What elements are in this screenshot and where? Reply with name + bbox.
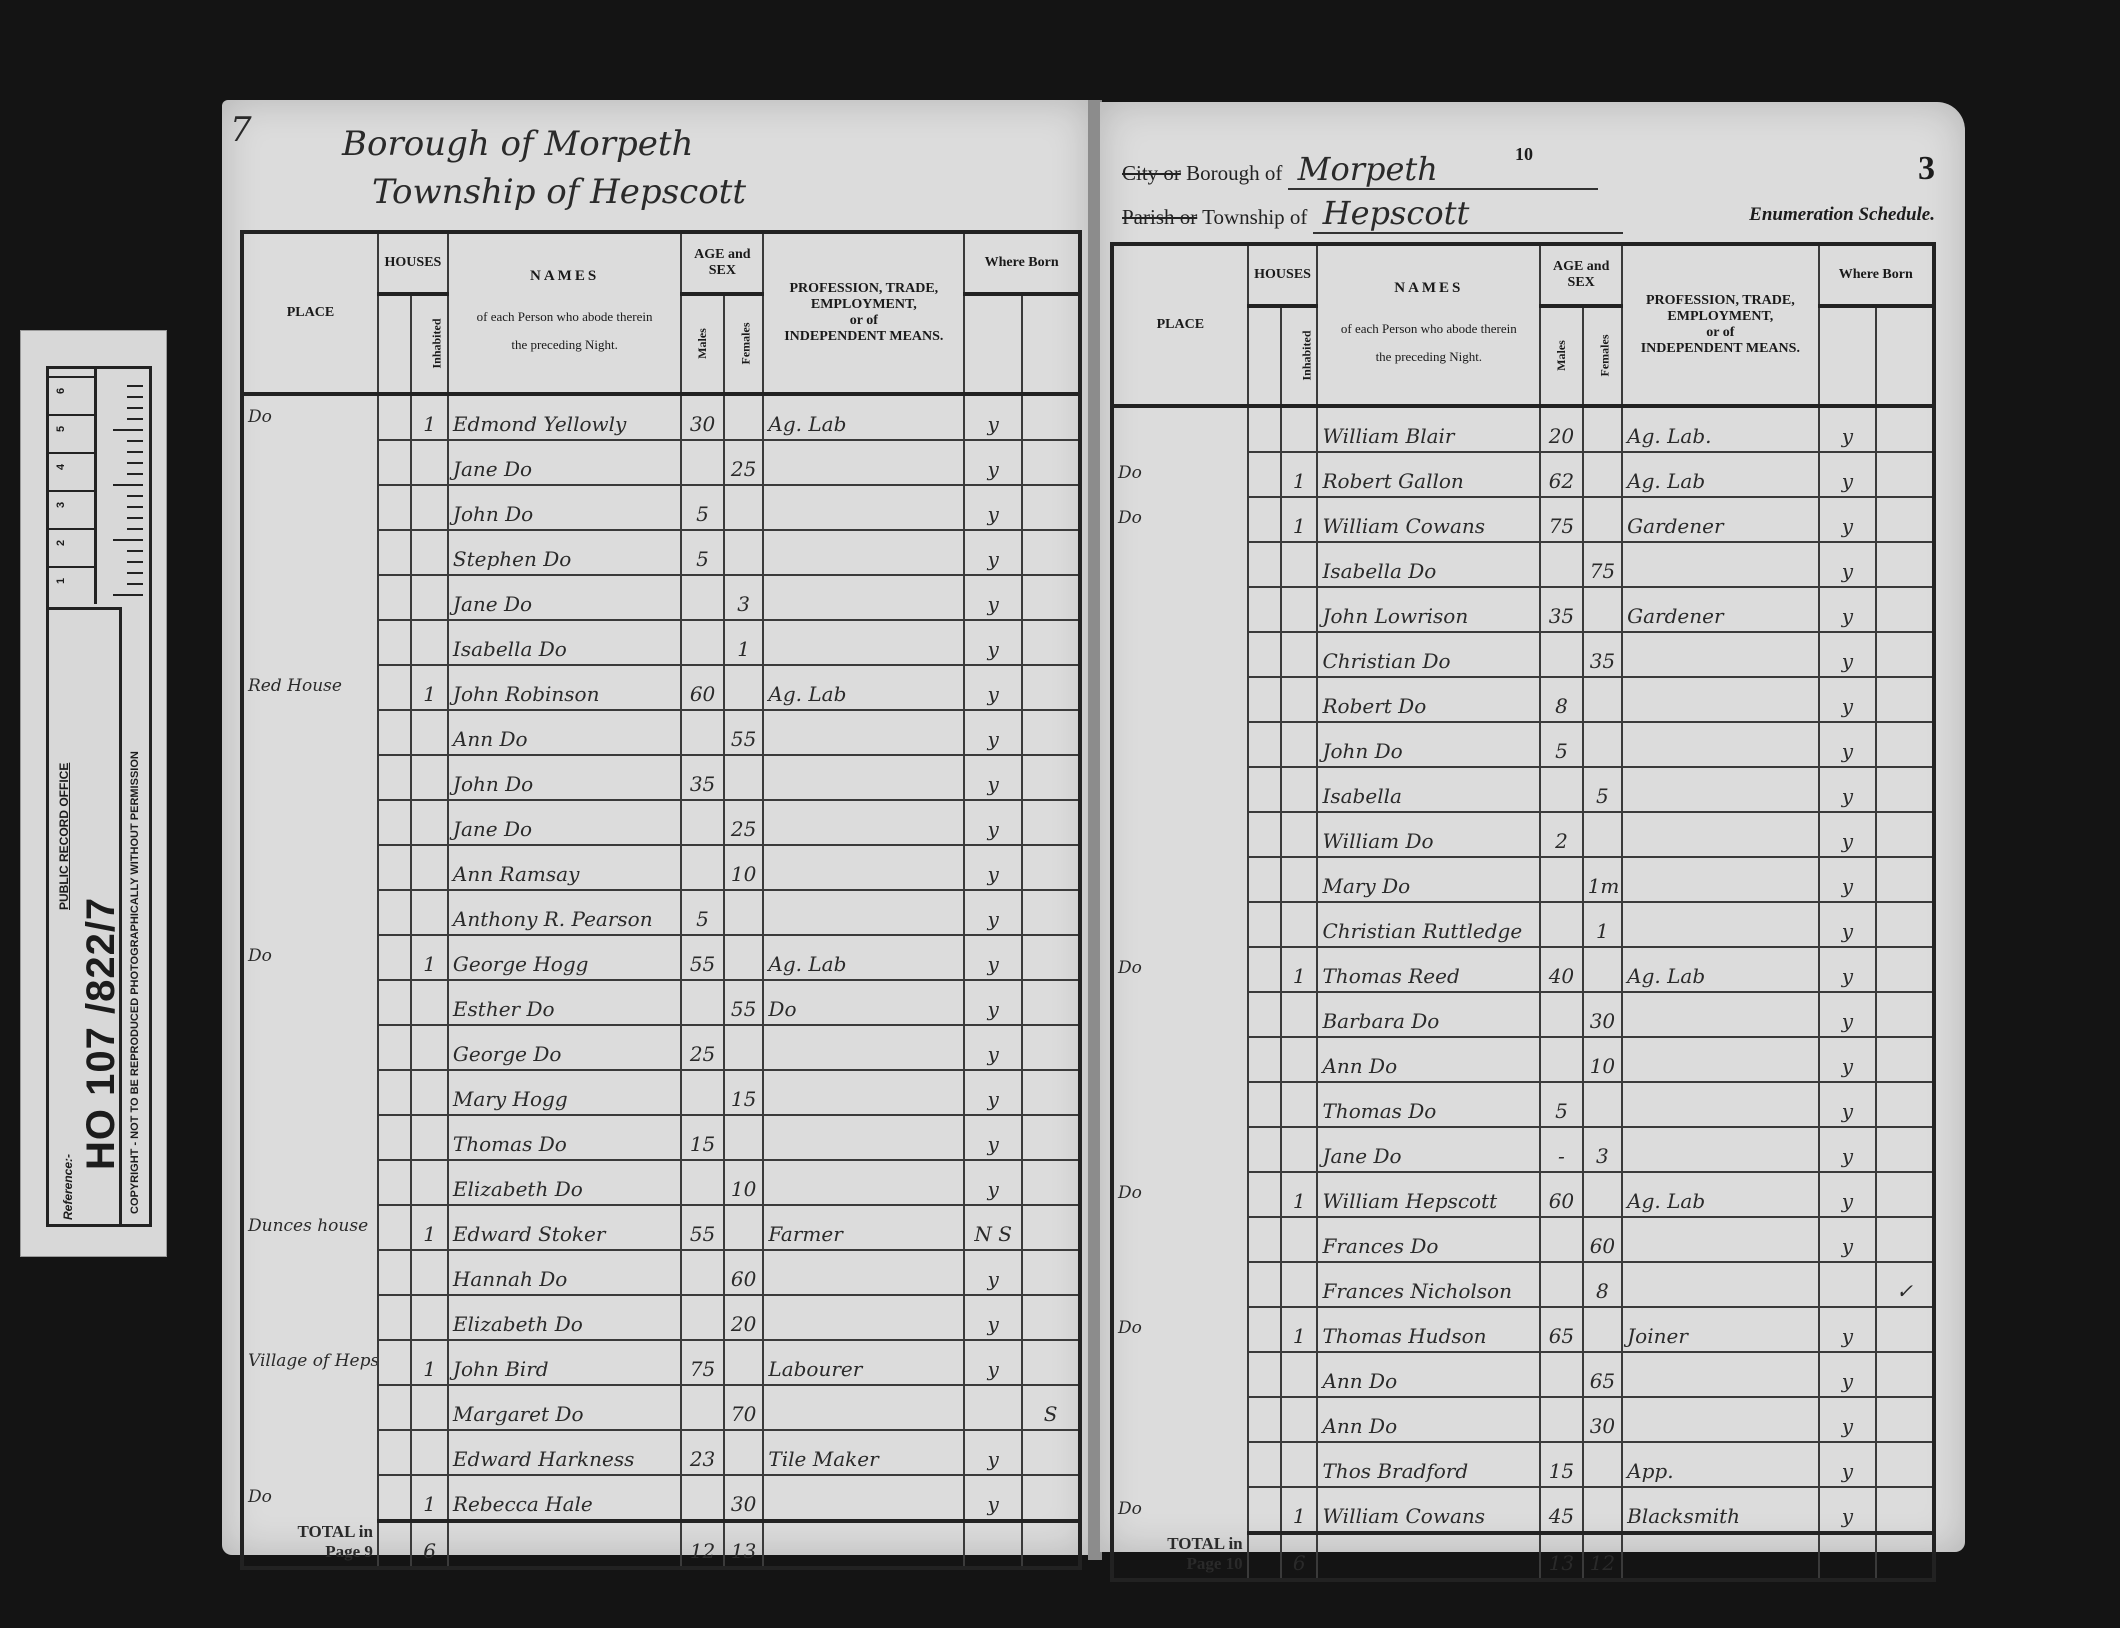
cell-name: Thomas Hudson bbox=[1317, 1307, 1540, 1352]
cell-place: Do bbox=[1112, 947, 1248, 992]
table-row: Do1Thomas Hudson65Joinery bbox=[1112, 1307, 1934, 1352]
cell-inhabited bbox=[411, 620, 448, 665]
cell-inhabited: 1 bbox=[1281, 452, 1317, 497]
cell-inhabited bbox=[411, 710, 448, 755]
cell-elsewhere bbox=[1876, 1172, 1934, 1217]
table-row: Thos Bradford15App.y bbox=[1112, 1442, 1934, 1487]
cell-female: 1 bbox=[724, 620, 764, 665]
col-profession: PROFESSION, TRADE, EMPLOYMENT, or of IND… bbox=[763, 232, 964, 394]
table-row: Do1William Cowans75Gardenery bbox=[1112, 497, 1934, 542]
cell-elsewhere bbox=[1876, 1217, 1934, 1262]
cell-profession bbox=[763, 440, 964, 485]
cell-uninhabited bbox=[1248, 632, 1281, 677]
ruler-inch-tick bbox=[127, 396, 143, 398]
left-page-heading: Borough of Morpeth Township of Hepscott bbox=[342, 120, 746, 216]
cell-inhabited bbox=[411, 1115, 448, 1160]
cell-inhabited bbox=[411, 845, 448, 890]
cell-uninhabited bbox=[1248, 1172, 1281, 1217]
cell-profession bbox=[763, 1025, 964, 1070]
table-row: Village of Hepscott1John Bird75Labourery bbox=[242, 1340, 1080, 1385]
total-label: TOTAL inPage 9 bbox=[242, 1521, 378, 1568]
col-uninhabited: Uninhabited or Building bbox=[1248, 306, 1281, 406]
cell-place bbox=[242, 1295, 378, 1340]
table-row: John Do35y bbox=[242, 755, 1080, 800]
cell-elsewhere bbox=[1876, 1352, 1934, 1397]
cell-female bbox=[724, 665, 764, 710]
cell-elsewhere bbox=[1876, 812, 1934, 857]
cell-profession bbox=[1622, 1127, 1818, 1172]
cell-name: Christian Ruttledge bbox=[1317, 902, 1540, 947]
cell-female bbox=[1583, 1442, 1622, 1487]
ruler-inch-tick bbox=[127, 517, 143, 519]
col-profession: PROFESSION, TRADE, EMPLOYMENT, or of IND… bbox=[1622, 244, 1818, 406]
cell-profession bbox=[1622, 1037, 1818, 1082]
reference-frame: 123456 PUBLIC RECORD OFFICE Reference:- … bbox=[46, 366, 152, 1227]
cell-female: 10 bbox=[1583, 1037, 1622, 1082]
cell-same-county: y bbox=[964, 710, 1022, 755]
cell-male bbox=[1540, 1037, 1583, 1082]
cell-same-county: y bbox=[964, 935, 1022, 980]
cell-uninhabited bbox=[1248, 542, 1281, 587]
cell-inhabited: 1 bbox=[1281, 497, 1317, 542]
cell-name: George Do bbox=[448, 1025, 681, 1070]
cell-female: 8 bbox=[1583, 1262, 1622, 1307]
cell-place bbox=[242, 1115, 378, 1160]
cell-elsewhere bbox=[1022, 800, 1080, 845]
cell-elsewhere bbox=[1022, 1340, 1080, 1385]
cell-name: Margaret Do bbox=[448, 1385, 681, 1430]
cell-place bbox=[242, 1160, 378, 1205]
reference-strip: 123456 PUBLIC RECORD OFFICE Reference:- … bbox=[20, 330, 167, 1257]
cell-female bbox=[1583, 812, 1622, 857]
cell-profession bbox=[763, 575, 964, 620]
col-age-sex: AGE and SEX bbox=[1540, 244, 1622, 306]
cell-male: 20 bbox=[1540, 406, 1583, 452]
cell-elsewhere bbox=[1876, 587, 1934, 632]
ruler-cm-tick: 1 bbox=[49, 566, 94, 584]
cell-profession bbox=[763, 485, 964, 530]
cell-male bbox=[681, 800, 724, 845]
cell-place: Do bbox=[242, 935, 378, 980]
ruler-inch-tick bbox=[113, 484, 143, 486]
cell-male: 55 bbox=[681, 1205, 724, 1250]
cell-profession bbox=[763, 1295, 964, 1340]
cell-inhabited: 1 bbox=[411, 935, 448, 980]
cell-same-county: y bbox=[964, 1070, 1022, 1115]
cell-name: William Blair bbox=[1317, 406, 1540, 452]
cell-place bbox=[242, 755, 378, 800]
ruler-cm-tick: 2 bbox=[49, 528, 94, 546]
total-females: 13 bbox=[724, 1521, 764, 1568]
table-row: John Lowrison35Gardenery bbox=[1112, 587, 1934, 632]
cell-male bbox=[681, 1160, 724, 1205]
col-scotland-ireland: Whether Born in Scotland, Ireland, or Fo… bbox=[1876, 306, 1934, 406]
cell-female bbox=[1583, 1172, 1622, 1217]
cell-female bbox=[1583, 497, 1622, 542]
table-row: Frances Nicholson8✓ bbox=[1112, 1262, 1934, 1307]
cell-profession bbox=[763, 1160, 964, 1205]
cell-male bbox=[1540, 632, 1583, 677]
cell-place bbox=[1112, 722, 1248, 767]
cell-elsewhere bbox=[1022, 890, 1080, 935]
cell-female bbox=[1583, 677, 1622, 722]
cell-same-county: y bbox=[1819, 1442, 1877, 1487]
col-males: Males bbox=[1540, 306, 1583, 406]
table-row: John Do5y bbox=[242, 485, 1080, 530]
cell-inhabited bbox=[1281, 406, 1317, 452]
col-age-sex: AGE and SEX bbox=[681, 232, 763, 294]
cell-elsewhere bbox=[1876, 497, 1934, 542]
col-names: NAMES of each Person who abode therein t… bbox=[448, 232, 681, 394]
col-males: Males bbox=[681, 294, 724, 394]
table-row: Robert Do8y bbox=[1112, 677, 1934, 722]
cell-male: 40 bbox=[1540, 947, 1583, 992]
total-profession bbox=[763, 1521, 964, 1568]
cell-name: Ann Do bbox=[1317, 1397, 1540, 1442]
cell-male: 15 bbox=[1540, 1442, 1583, 1487]
cell-uninhabited bbox=[1248, 452, 1281, 497]
ruler-inch-tick bbox=[127, 407, 143, 409]
cell-same-county: y bbox=[1819, 452, 1877, 497]
cell-elsewhere bbox=[1876, 677, 1934, 722]
cell-inhabited bbox=[411, 485, 448, 530]
cell-place bbox=[1112, 857, 1248, 902]
cell-name: Hannah Do bbox=[448, 1250, 681, 1295]
cell-uninhabited bbox=[378, 1385, 411, 1430]
table-row: Mary Do1my bbox=[1112, 857, 1934, 902]
ruler-inch-tick bbox=[127, 451, 143, 453]
cell-same-county: y bbox=[1819, 1217, 1877, 1262]
cell-place bbox=[242, 1385, 378, 1430]
table-row: Frances Do60y bbox=[1112, 1217, 1934, 1262]
cell-uninhabited bbox=[378, 800, 411, 845]
total-inhabited: 6 bbox=[411, 1521, 448, 1568]
cell-same-county: y bbox=[1819, 1037, 1877, 1082]
cell-place bbox=[1112, 677, 1248, 722]
cell-inhabited bbox=[411, 1295, 448, 1340]
cell-place bbox=[1112, 1352, 1248, 1397]
cell-inhabited: 1 bbox=[1281, 947, 1317, 992]
table-row: Do1Edmond Yellowly30Ag. Laby bbox=[242, 394, 1080, 440]
cell-name: Isabella Do bbox=[448, 620, 681, 665]
cell-male bbox=[681, 980, 724, 1025]
heading-borough: Borough of Morpeth bbox=[342, 120, 746, 168]
cell-profession bbox=[1622, 1217, 1818, 1262]
borough-line: City or Borough of Morpeth bbox=[1122, 150, 1598, 190]
cell-elsewhere bbox=[1876, 1082, 1934, 1127]
ruler-inch-tick bbox=[127, 495, 143, 497]
cell-uninhabited bbox=[1248, 722, 1281, 767]
cell-same-county: y bbox=[964, 890, 1022, 935]
cell-same-county: y bbox=[1819, 767, 1877, 812]
cell-name: Ann Do bbox=[1317, 1352, 1540, 1397]
cell-elsewhere bbox=[1022, 755, 1080, 800]
cell-male: 65 bbox=[1540, 1307, 1583, 1352]
cell-uninhabited bbox=[378, 620, 411, 665]
cell-profession bbox=[763, 1385, 964, 1430]
cell-place bbox=[242, 845, 378, 890]
total-uninhabited bbox=[378, 1521, 411, 1568]
table-row: Mary Hogg15y bbox=[242, 1070, 1080, 1115]
table-row: Esther Do55Doy bbox=[242, 980, 1080, 1025]
cell-name: Ann Do bbox=[1317, 1037, 1540, 1082]
cell-same-county: y bbox=[1819, 677, 1877, 722]
cell-place: Red House bbox=[242, 665, 378, 710]
cell-elsewhere bbox=[1876, 722, 1934, 767]
cell-same-county: y bbox=[1819, 857, 1877, 902]
cell-profession: Gardener bbox=[1622, 587, 1818, 632]
cell-inhabited bbox=[411, 1025, 448, 1070]
cell-profession bbox=[763, 1070, 964, 1115]
cell-same-county: y bbox=[964, 665, 1022, 710]
cell-inhabited bbox=[1281, 1397, 1317, 1442]
cell-elsewhere bbox=[1022, 935, 1080, 980]
cell-elsewhere bbox=[1022, 1070, 1080, 1115]
cell-name: John Do bbox=[448, 485, 681, 530]
cell-place bbox=[1112, 1397, 1248, 1442]
cell-inhabited bbox=[411, 890, 448, 935]
cell-elsewhere bbox=[1022, 1295, 1080, 1340]
table-row: Ann Do10y bbox=[1112, 1037, 1934, 1082]
cell-uninhabited bbox=[1248, 857, 1281, 902]
total-females: 12 bbox=[1583, 1533, 1622, 1580]
cell-same-county: y bbox=[1819, 1172, 1877, 1217]
cell-place: Dunces house bbox=[242, 1205, 378, 1250]
cell-name: Elizabeth Do bbox=[448, 1295, 681, 1340]
cell-elsewhere bbox=[1876, 992, 1934, 1037]
cell-uninhabited bbox=[378, 485, 411, 530]
cell-profession: Labourer bbox=[763, 1340, 964, 1385]
ruler-inch-tick bbox=[127, 506, 143, 508]
table-row: Elizabeth Do20y bbox=[242, 1295, 1080, 1340]
cell-elsewhere bbox=[1022, 1430, 1080, 1475]
cell-uninhabited bbox=[1248, 1352, 1281, 1397]
table-row: Christian Ruttledge1y bbox=[1112, 902, 1934, 947]
cell-female bbox=[1583, 587, 1622, 632]
cell-same-county: N S bbox=[964, 1205, 1022, 1250]
ruler-inch-tick bbox=[113, 429, 143, 431]
cell-profession: App. bbox=[1622, 1442, 1818, 1487]
cell-elsewhere bbox=[1876, 1307, 1934, 1352]
cell-name: Mary Do bbox=[1317, 857, 1540, 902]
cell-place bbox=[1112, 1127, 1248, 1172]
cell-male bbox=[1540, 1217, 1583, 1262]
table-row: Christian Do35y bbox=[1112, 632, 1934, 677]
cell-uninhabited bbox=[378, 1250, 411, 1295]
cell-place bbox=[242, 1025, 378, 1070]
cell-place: Do bbox=[242, 394, 378, 440]
cell-male: 5 bbox=[681, 530, 724, 575]
cell-inhabited bbox=[1281, 1127, 1317, 1172]
cell-place: Do bbox=[1112, 452, 1248, 497]
cell-inhabited bbox=[1281, 857, 1317, 902]
table-row: Do1Thomas Reed40Ag. Laby bbox=[1112, 947, 1934, 992]
table-row: Do1William Cowans45Blacksmithy bbox=[1112, 1487, 1934, 1533]
cell-elsewhere bbox=[1876, 542, 1934, 587]
cell-profession: Do bbox=[763, 980, 964, 1025]
cell-inhabited: 1 bbox=[411, 1475, 448, 1521]
col-females: Females bbox=[724, 294, 764, 394]
cell-male bbox=[1540, 542, 1583, 587]
cell-inhabited bbox=[411, 1070, 448, 1115]
cell-same-county: y bbox=[1819, 1307, 1877, 1352]
cell-uninhabited bbox=[378, 1475, 411, 1521]
table-row: Thomas Do5y bbox=[1112, 1082, 1934, 1127]
cell-uninhabited bbox=[378, 1070, 411, 1115]
cell-place bbox=[242, 980, 378, 1025]
cell-female: 25 bbox=[724, 800, 764, 845]
cell-same-county bbox=[1819, 1262, 1877, 1307]
cell-same-county: y bbox=[964, 1115, 1022, 1160]
cell-male: 15 bbox=[681, 1115, 724, 1160]
cell-female bbox=[724, 935, 764, 980]
cell-inhabited bbox=[1281, 992, 1317, 1037]
office-title: PUBLIC RECORD OFFICE bbox=[57, 763, 71, 910]
cell-male: 25 bbox=[681, 1025, 724, 1070]
cell-uninhabited bbox=[378, 1115, 411, 1160]
cell-name: Jane Do bbox=[448, 800, 681, 845]
cell-same-county: y bbox=[1819, 497, 1877, 542]
cell-same-county: y bbox=[964, 755, 1022, 800]
borough-value: Morpeth bbox=[1288, 150, 1598, 190]
cell-inhabited bbox=[411, 980, 448, 1025]
cell-same-county: y bbox=[964, 1340, 1022, 1385]
col-where-born: Where Born bbox=[1819, 244, 1934, 306]
cell-same-county: y bbox=[964, 440, 1022, 485]
cell-same-county: y bbox=[1819, 1082, 1877, 1127]
cell-name: Esther Do bbox=[448, 980, 681, 1025]
reference-label: Reference:- bbox=[61, 1154, 75, 1220]
cell-elsewhere bbox=[1876, 632, 1934, 677]
table-row: Ann Do55y bbox=[242, 710, 1080, 755]
cell-name: Thomas Reed bbox=[1317, 947, 1540, 992]
cell-uninhabited bbox=[378, 1025, 411, 1070]
cell-elsewhere bbox=[1876, 1397, 1934, 1442]
cell-male: 5 bbox=[681, 890, 724, 935]
cell-same-county: y bbox=[964, 1475, 1022, 1521]
cell-male: 35 bbox=[681, 755, 724, 800]
cell-inhabited bbox=[411, 1250, 448, 1295]
cell-profession bbox=[1622, 812, 1818, 857]
cell-profession bbox=[1622, 542, 1818, 587]
cell-female bbox=[1583, 947, 1622, 992]
cell-female: 35 bbox=[1583, 632, 1622, 677]
col-inhabited: Inhabited bbox=[411, 294, 448, 394]
cell-name: John Bird bbox=[448, 1340, 681, 1385]
cell-male bbox=[1540, 767, 1583, 812]
cell-uninhabited bbox=[1248, 1397, 1281, 1442]
total-names bbox=[1317, 1533, 1540, 1580]
cell-inhabited bbox=[1281, 1352, 1317, 1397]
cell-male bbox=[681, 1250, 724, 1295]
cell-place bbox=[242, 890, 378, 935]
cell-place: Do bbox=[242, 1475, 378, 1521]
cell-female: 55 bbox=[724, 980, 764, 1025]
cell-male: 62 bbox=[1540, 452, 1583, 497]
cell-profession bbox=[763, 845, 964, 890]
cell-elsewhere bbox=[1022, 620, 1080, 665]
col-houses: HOUSES bbox=[1248, 244, 1318, 306]
total-uninhabited bbox=[1248, 1533, 1281, 1580]
cell-profession bbox=[1622, 1262, 1818, 1307]
cell-place: Do bbox=[1112, 1307, 1248, 1352]
cell-female: 60 bbox=[724, 1250, 764, 1295]
total-names bbox=[448, 1521, 681, 1568]
cell-name: Jane Do bbox=[448, 440, 681, 485]
cell-place bbox=[242, 800, 378, 845]
cell-inhabited bbox=[1281, 587, 1317, 632]
cell-profession: Ag. Lab bbox=[1622, 947, 1818, 992]
cell-name: John Do bbox=[448, 755, 681, 800]
cell-name: John Robinson bbox=[448, 665, 681, 710]
cell-name: Frances Do bbox=[1317, 1217, 1540, 1262]
cell-uninhabited bbox=[1248, 1217, 1281, 1262]
cell-uninhabited bbox=[1248, 1262, 1281, 1307]
cell-same-county: y bbox=[964, 1430, 1022, 1475]
cell-female: 65 bbox=[1583, 1352, 1622, 1397]
cell-uninhabited bbox=[378, 394, 411, 440]
cell-elsewhere bbox=[1022, 1115, 1080, 1160]
cell-female bbox=[724, 1115, 764, 1160]
cell-same-county: y bbox=[964, 1160, 1022, 1205]
table-row: Do1George Hogg55Ag. Laby bbox=[242, 935, 1080, 980]
cell-male: 45 bbox=[1540, 1487, 1583, 1533]
cell-name: Elizabeth Do bbox=[448, 1160, 681, 1205]
cell-same-county: y bbox=[964, 485, 1022, 530]
cell-same-county: y bbox=[964, 575, 1022, 620]
cell-same-county: y bbox=[1819, 947, 1877, 992]
cell-profession bbox=[763, 530, 964, 575]
cell-uninhabited bbox=[378, 980, 411, 1025]
cell-name: Robert Do bbox=[1317, 677, 1540, 722]
cell-profession bbox=[1622, 1082, 1818, 1127]
cell-profession: Joiner bbox=[1622, 1307, 1818, 1352]
cell-female: 30 bbox=[1583, 992, 1622, 1037]
cell-elsewhere bbox=[1022, 394, 1080, 440]
cell-name: Thos Bradford bbox=[1317, 1442, 1540, 1487]
inch-ruler bbox=[97, 369, 149, 604]
left-census-table: PLACE HOUSES NAMES of each Person who ab… bbox=[240, 230, 1082, 1570]
col-houses: HOUSES bbox=[378, 232, 448, 294]
cell-female bbox=[1583, 406, 1622, 452]
col-same-county: Whether Born in same County bbox=[964, 294, 1022, 394]
cell-place bbox=[242, 530, 378, 575]
table-row: Do1William Hepscott60Ag. Laby bbox=[1112, 1172, 1934, 1217]
cell-same-county bbox=[964, 1385, 1022, 1430]
cell-profession: Ag. Lab bbox=[1622, 452, 1818, 497]
col-names: NAMES of each Person who abode therein t… bbox=[1317, 244, 1540, 406]
cell-elsewhere bbox=[1876, 857, 1934, 902]
cell-elsewhere bbox=[1876, 1442, 1934, 1487]
cell-male bbox=[1540, 902, 1583, 947]
cell-uninhabited bbox=[378, 845, 411, 890]
cell-inhabited bbox=[411, 1385, 448, 1430]
cell-profession bbox=[763, 620, 964, 665]
heading-township: Township of Hepscott bbox=[372, 168, 746, 216]
cell-inhabited bbox=[411, 1160, 448, 1205]
ruler-inch-tick bbox=[127, 462, 143, 464]
cell-profession bbox=[1622, 722, 1818, 767]
cell-uninhabited bbox=[378, 1430, 411, 1475]
cell-name: Ann Ramsay bbox=[448, 845, 681, 890]
cell-profession: Gardener bbox=[1622, 497, 1818, 542]
cell-uninhabited bbox=[378, 890, 411, 935]
cell-male bbox=[1540, 1262, 1583, 1307]
total-same-county bbox=[1819, 1533, 1877, 1580]
cell-place bbox=[1112, 406, 1248, 452]
cell-place bbox=[1112, 542, 1248, 587]
cell-uninhabited bbox=[378, 935, 411, 980]
